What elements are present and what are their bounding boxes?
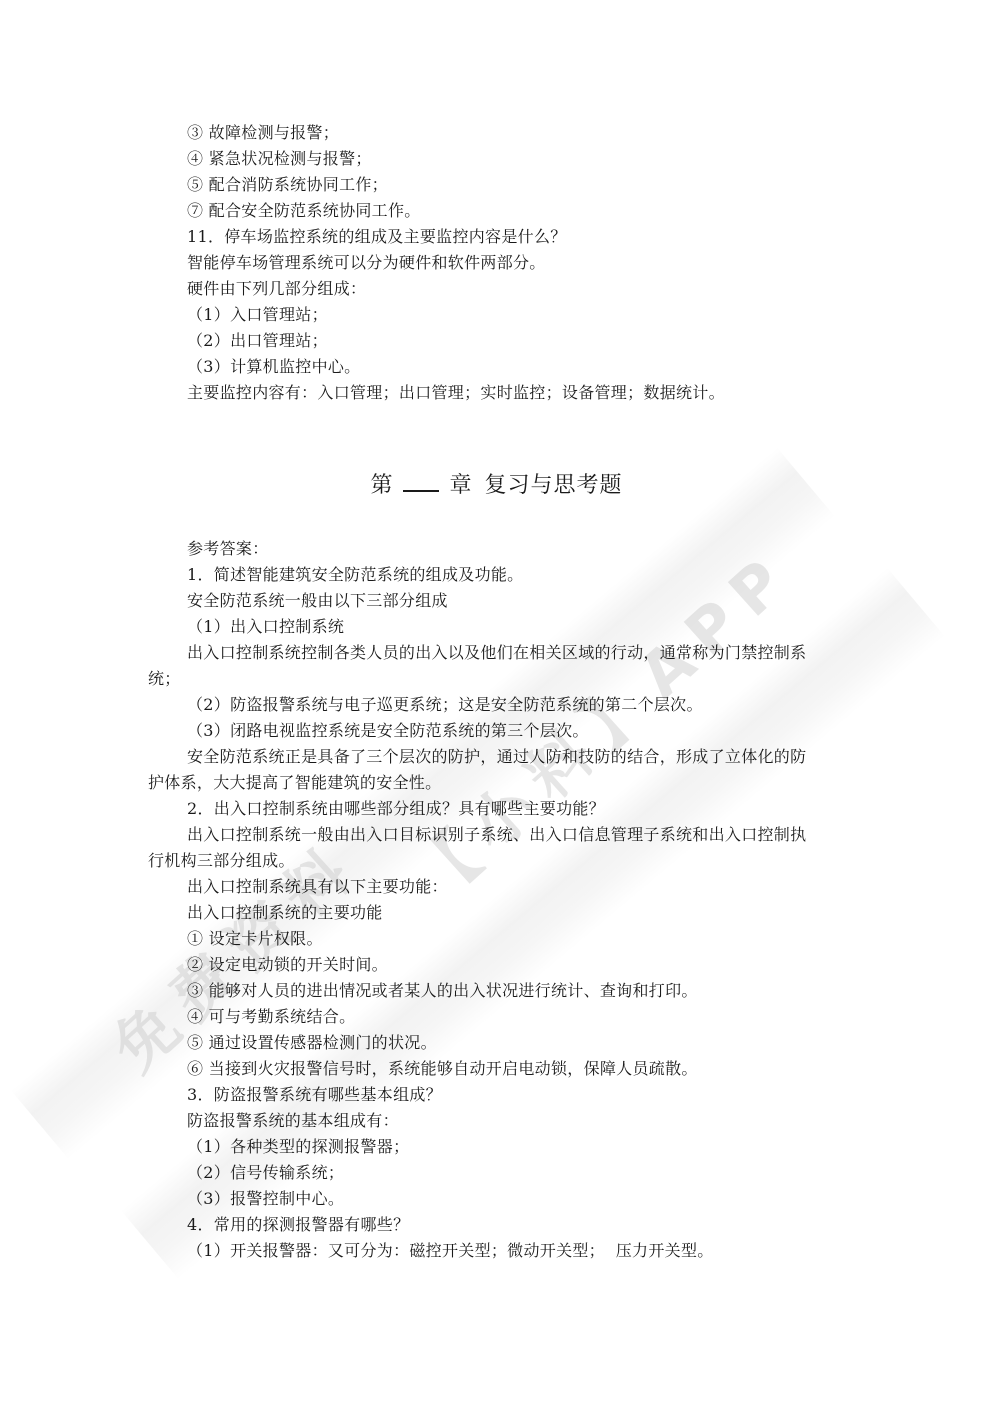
list-item: ④ 紧急状况检测与报警； (187, 146, 372, 172)
paragraph: 智能停车场管理系统可以分为硬件和软件两部分。 (187, 250, 546, 276)
document-page: ③ 故障检测与报警； ④ 紧急状况检测与报警； ⑤ 配合消防系统协同工作； ⑦ … (0, 0, 993, 1404)
list-item: （3）闭路电视监控系统是安全防范系统的第三个层次。 (187, 718, 589, 744)
paragraph: 出入口控制系统一般由出入口目标识别子系统、出入口信息管理子系统和出入口控制执 (187, 822, 806, 848)
list-item: （1）各种类型的探测报警器； (187, 1134, 409, 1160)
list-item: ⑦ 配合安全防范系统协同工作。 (187, 198, 421, 224)
list-item: ④ 可与考勤系统结合。 (187, 1004, 355, 1030)
list-item: （2）出口管理站； (187, 328, 328, 354)
list-item: （1）开关报警器：又可分为：磁控开关型；微动开关型； 压力开关型。 (187, 1238, 714, 1264)
list-item: ⑤ 配合消防系统协同工作； (187, 172, 388, 198)
question-3: 3．防盗报警系统有哪些基本组成？ (187, 1082, 442, 1108)
list-item: ③ 故障检测与报警； (187, 120, 339, 146)
chapter-prefix: 第 (370, 473, 393, 498)
list-item: ⑤ 通过设置传感器检测门的状况。 (187, 1030, 437, 1056)
paragraph: 安全防范系统一般由以下三部分组成 (187, 588, 448, 614)
chapter-heading: 复习与思考题 (485, 473, 623, 498)
question-1: 1．简述智能建筑安全防范系统的组成及功能。 (187, 562, 523, 588)
list-item: （2）防盗报警系统与电子巡更系统；这是安全防范系统的第二个层次。 (187, 692, 703, 718)
chapter-title: 第章复习与思考题 (0, 470, 993, 502)
paragraph: 出入口控制系统的主要功能 (187, 900, 383, 926)
list-item: （1）入口管理站； (187, 302, 328, 328)
paragraph-continuation: 统； (148, 666, 181, 692)
paragraph: 硬件由下列几部分组成： (187, 276, 366, 302)
paragraph: 防盗报警系统的基本组成有： (187, 1108, 399, 1134)
chapter-suffix: 章 (449, 473, 472, 498)
question-4: 4．常用的探测报警器有哪些？ (187, 1212, 409, 1238)
paragraph: 出入口控制系统具有以下主要功能： (187, 874, 448, 900)
list-item: ① 设定卡片权限。 (187, 926, 323, 952)
paragraph-continuation: 行机构三部分组成。 (148, 848, 295, 874)
list-item: （3）报警控制中心。 (187, 1186, 344, 1212)
list-item: ③ 能够对人员的进出情况或者某人的出入状况进行统计、查询和打印。 (187, 978, 698, 1004)
paragraph: 主要监控内容有：入口管理；出口管理；实时监控；设备管理；数据统计。 (187, 380, 725, 406)
question-2: 2．出入口控制系统由哪些部分组成？具有哪些主要功能？ (187, 796, 605, 822)
paragraph: 安全防范系统正是具备了三个层次的防护，通过人防和技防的结合，形成了立体化的防 (187, 744, 806, 770)
list-item: （3）计算机监控中心。 (187, 354, 360, 380)
list-item: （2）信号传输系统； (187, 1160, 344, 1186)
list-item: ② 设定电动锁的开关时间。 (187, 952, 388, 978)
paragraph: 出入口控制系统控制各类人员的出入以及他们在相关区域的行动，通常称为门禁控制系 (187, 640, 806, 666)
question-11: 11．停车场监控系统的组成及主要监控内容是什么？ (187, 224, 567, 250)
paragraph-continuation: 护体系，大大提高了智能建筑的安全性。 (148, 770, 441, 796)
chapter-number-blank (403, 476, 439, 492)
list-item: ⑥ 当接到火灾报警信号时，系统能够自动开启电动锁，保障人员疏散。 (187, 1056, 698, 1082)
answers-heading: 参考答案： (187, 536, 269, 562)
list-item: （1）出入口控制系统 (187, 614, 344, 640)
